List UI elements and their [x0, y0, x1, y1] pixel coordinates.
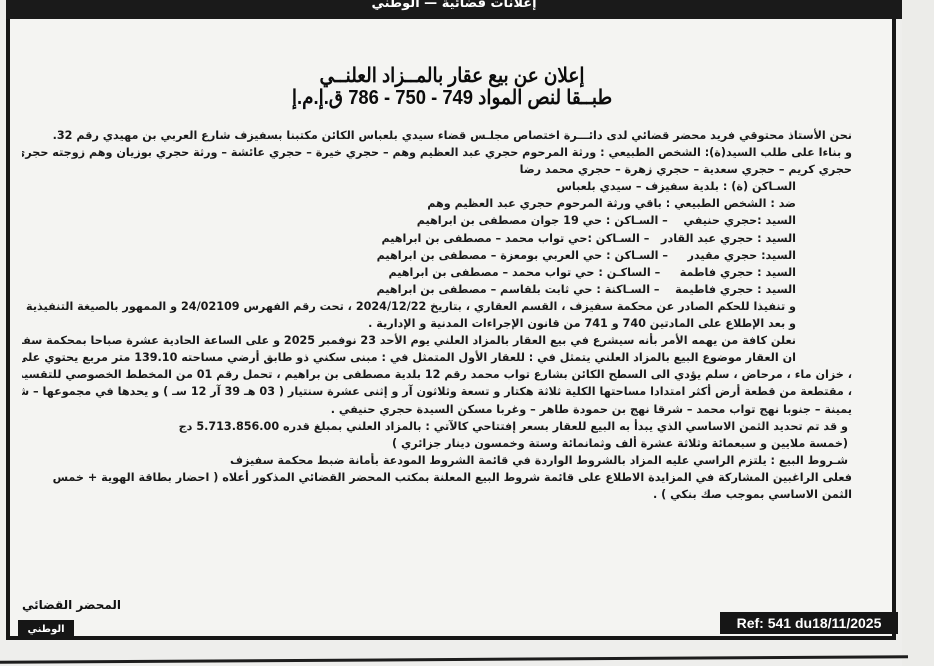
defendant-name: السيد : حجري فاطيمة	[675, 283, 796, 296]
defendant-name: السيد : حجري عبد القادر	[661, 232, 796, 245]
paragraph-participation: فعلى الراغبين المشاركة في المزايدة الاطل…	[22, 469, 852, 503]
notice-subtitle: طبــقا لنص المواد 749 - 750 - 786 ق.إ.م.…	[53, 87, 852, 109]
paragraph-auction-date: نعلن كافة من يهمه الأمر بأنه سيشرع في بي…	[22, 332, 852, 349]
paragraph-plaintiff-address: السـاكن (ة) : بلدية سفيزف – سيدي بلعباس	[22, 178, 852, 195]
defendant-name: السيد : حجري فاطمة	[680, 266, 796, 279]
defendant-row: السيد : حجري فاطمة – الساكـن : حي تواب م…	[22, 264, 852, 281]
defendant-address: – السـاكن : حي العربي بومعزة – مصطفى بن …	[377, 249, 668, 262]
notice-body: نحن الأستاذ محتوقي فريد محضر قضائي لدى د…	[18, 127, 886, 503]
bottom-divider	[0, 655, 908, 664]
defendant-address: – السـاكن : حي 19 جوان مصطفى بن ابراهيم	[417, 214, 668, 227]
notice-title: إعلان عن بيع عقار بالمــزاد العلنــي	[53, 65, 852, 87]
paragraph-property-3: ، مقتطعة من قطعة أرض أكثر امتدادا مساحته…	[22, 383, 852, 400]
paragraph-sale-conditions: شـروط البيع : يلتزم الراسي عليه المزاد ب…	[22, 452, 852, 469]
signature-label: المحضر القضائي	[22, 598, 121, 612]
paragraph-boundaries: يمينة – جنوبا نهج تواب محمد – شرقا نهج ب…	[22, 401, 852, 418]
reference-badge: Ref: 541 du18/11/2025	[720, 612, 898, 634]
notice-content: إعلان عن بيع عقار بالمــزاد العلنــي طبـ…	[18, 19, 886, 503]
paragraph-bailiff: نحن الأستاذ محتوقي فريد محضر قضائي لدى د…	[22, 127, 852, 144]
publication-badge: الوطني	[18, 620, 74, 640]
defendant-row: السيد :حجري حنيفي – السـاكن : حي 19 جوان…	[22, 212, 852, 229]
top-banner-text: إعلانات قضائية — الوطني	[371, 0, 536, 11]
defendant-address: – السـاكن :حي تواب محمد – مصطفى بن ابراه…	[381, 232, 649, 245]
defendant-row: السيد : حجري فاطيمة – السـاكنة : حي ثابت…	[22, 281, 852, 298]
paragraph-base-price: و قد تم تحديد الثمن الاساسي الذي يبدأ به…	[22, 418, 852, 435]
paragraph-legal-articles: و بعد الإطلاع على المادتين 740 و 741 من …	[22, 315, 852, 332]
defendant-address: – الساكـن : حي تواب محمد – مصطفى بن ابرا…	[388, 266, 660, 279]
defendant-row: السيد : حجري عبد القادر – السـاكن :حي تو…	[22, 230, 852, 247]
paragraph-plaintiffs: و بناءا على طلب السيد(ة): الشخص الطبيعي …	[22, 144, 852, 161]
paragraph-defendants-intro: ضد : الشخص الطبيعي : باقي ورثة المرحوم ح…	[22, 195, 852, 212]
top-banner: إعلانات قضائية — الوطني	[6, 0, 902, 19]
notice-heading: إعلان عن بيع عقار بالمــزاد العلنــي طبـ…	[53, 65, 852, 109]
paragraph-property-1: ان العقار موضوع البيع بالمزاد العلني يتم…	[22, 349, 852, 366]
defendant-name: السيد: حجري مقيدر	[688, 249, 797, 262]
defendant-name: السيد :حجري حنيفي	[683, 214, 796, 227]
page-margin	[902, 0, 934, 666]
paragraph-plaintiffs-cont: حجري كريم – حجري سعدية – حجري زهرة – حجر…	[22, 161, 852, 178]
defendant-row: السيد: حجري مقيدر – السـاكن : حي العربي …	[22, 247, 852, 264]
paragraph-price-words: (خمسة ملايين و سبعمائة وثلاثة عشرة ألف و…	[22, 435, 852, 452]
paragraph-judgment: و تنفيذا للحكم الصادر عن محكمة سفيزف ، ا…	[22, 298, 852, 315]
defendant-address: – السـاكنة : حي ثابت بلقاسم – مصطفى بن ا…	[376, 283, 659, 296]
paragraph-property-2: ، خزان ماء ، مرحاض ، سلم يؤدي الى السطح …	[22, 366, 852, 383]
